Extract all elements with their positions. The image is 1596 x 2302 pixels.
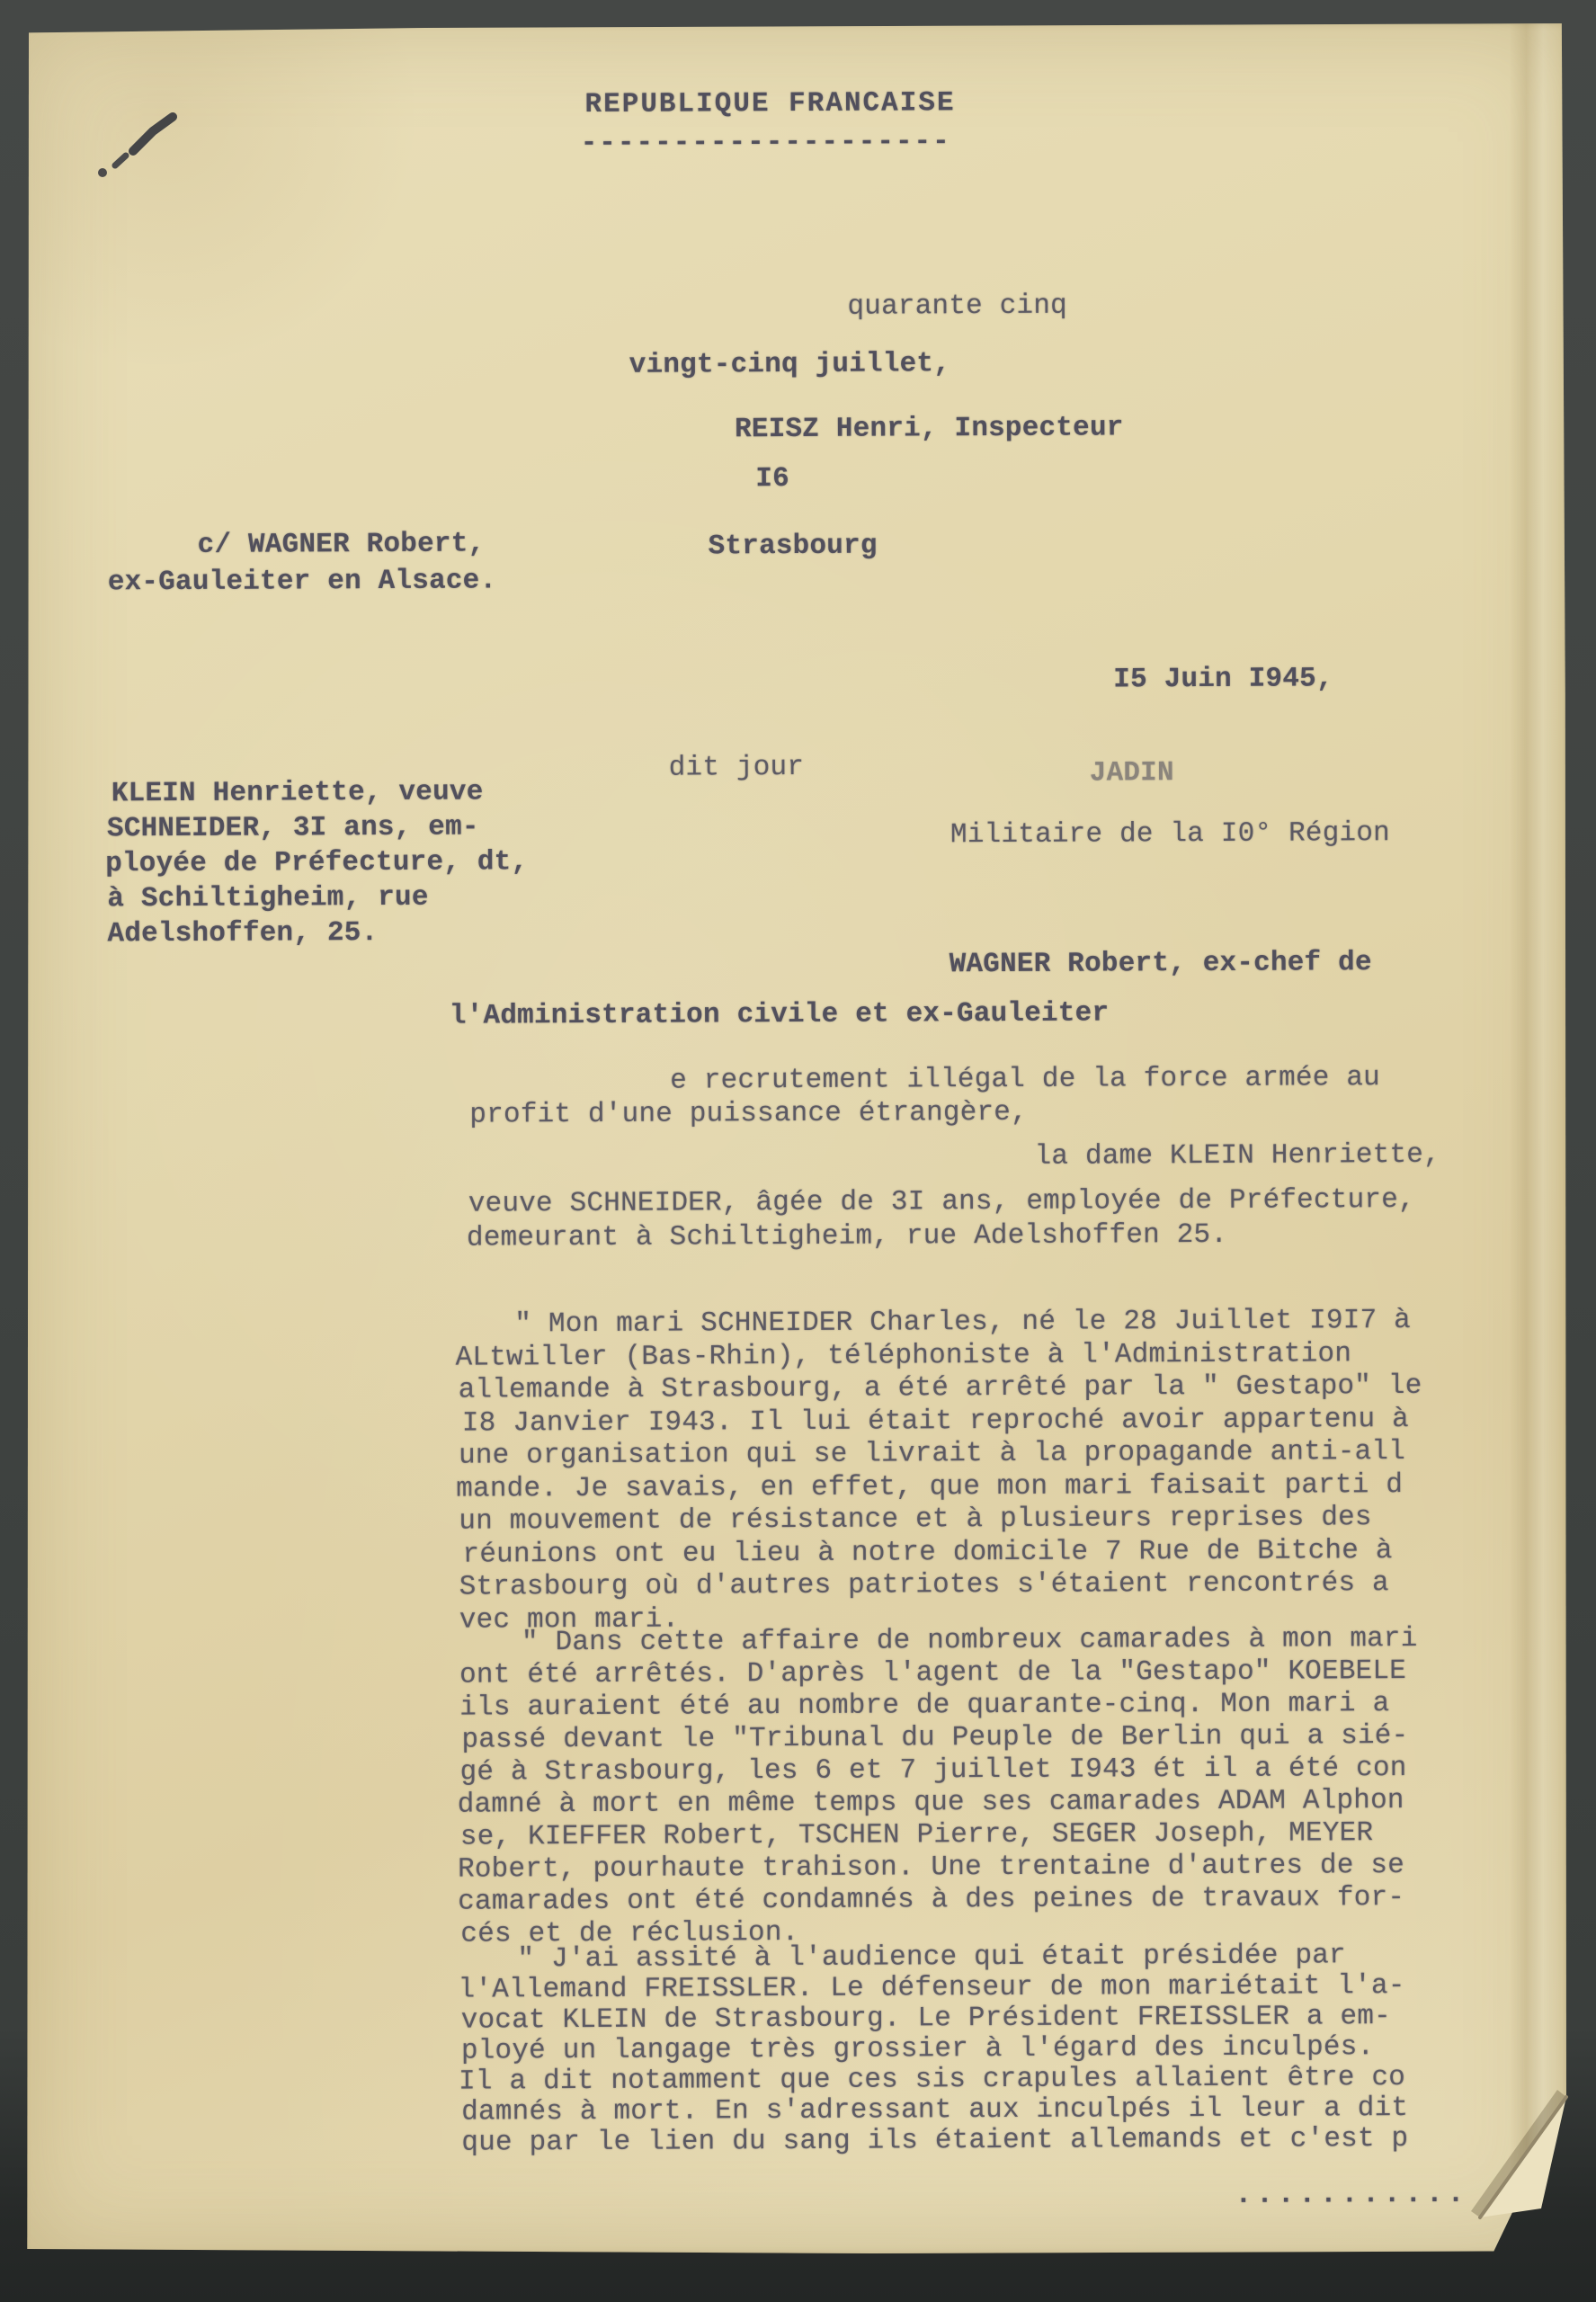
- charge-line: e recrutement illégal de la force armée …: [670, 1064, 1380, 1094]
- line-quarante-cinq: quarante cinq: [847, 292, 1067, 321]
- testimony-line: Il a dit notamment que ces sis crapules …: [459, 2064, 1405, 2096]
- charge-line: l'Administration civile et ex-Gauleiter: [450, 999, 1109, 1030]
- testimony-line: une organisation qui se livrait à la pro…: [459, 1438, 1405, 1470]
- testimony-line: mande. Je savais, en effet, que mon mari…: [456, 1471, 1403, 1503]
- continuation-dots: ...........: [1235, 2181, 1469, 2209]
- witness-line: KLEIN Henriette, veuve: [111, 779, 484, 808]
- testimony-line: ont été arrêtés. D'après l'agent de la "…: [459, 1657, 1406, 1690]
- testimony-line: réunions ont eu lieu à notre domicile 7 …: [462, 1537, 1392, 1569]
- testimony-line: " Dans cette affaire de nombreux camarad…: [522, 1625, 1418, 1656]
- testimony-line: I8 Janvier I943. Il lui était reproché a…: [462, 1405, 1409, 1438]
- line-dit-jour: dit jour: [669, 754, 805, 782]
- line-greffier: JADIN: [1090, 759, 1174, 787]
- witness-line: ployée de Préfecture, dt,: [105, 848, 528, 878]
- line-numero: I6: [755, 465, 789, 493]
- testimony-line: " J'ai assité à l'audience qui était pré…: [517, 1941, 1345, 1973]
- line-tribunal: Militaire de la I0° Région: [950, 819, 1390, 849]
- charge-line: veuve SCHNEIDER, âgée de 3I ans, employé…: [468, 1186, 1415, 1218]
- charge-line: la dame KLEIN Henriette,: [1035, 1141, 1440, 1171]
- defendant-name: c/ WAGNER Robert,: [198, 531, 486, 559]
- testimony-line: damnés à mort. En s'adressant aux inculp…: [461, 2094, 1408, 2127]
- defendant-title: ex-Gauleiter en Alsace.: [108, 567, 497, 596]
- testimony-line: Robert, pourhaute trahison. Une trentain…: [458, 1851, 1404, 1884]
- line-vingt-cinq-juillet: vingt-cinq juillet,: [629, 350, 950, 379]
- testimony-line: ils auraient été au nombre de quarante-c…: [459, 1690, 1389, 1722]
- testimony-line: se, KIEFFER Robert, TSCHEN Pierre, SEGER…: [460, 1819, 1374, 1851]
- testimony-line: ALtwiller (Bas-Rhin), téléphoniste à l'A…: [455, 1340, 1351, 1371]
- typed-text-layer: REPUBLIQUE FRANCAISE -------------------…: [0, 0, 1596, 2302]
- scan-background: REPUBLIQUE FRANCAISE -------------------…: [0, 0, 1596, 2302]
- testimony-line: damné à mort en même temps que ses camar…: [458, 1787, 1404, 1819]
- testimony-line: ployé un langage très grossier à l'égard…: [461, 2033, 1375, 2065]
- testimony-line: Strasbourg où d'autres patriotes s'étaie…: [459, 1569, 1389, 1602]
- testimony-line: que par le lien du sang ils étaient alle…: [461, 2125, 1408, 2157]
- line-date: I5 Juin I945,: [1113, 665, 1333, 693]
- line-city: Strasbourg: [709, 532, 878, 561]
- charge-line: profit d'une puissance étrangère,: [469, 1099, 1028, 1129]
- page-title: REPUBLIQUE FRANCAISE: [584, 89, 955, 119]
- testimony-line: " Mon mari SCHNEIDER Charles, né le 28 J…: [514, 1307, 1411, 1338]
- witness-line: SCHNEIDER, 3I ans, em-: [107, 814, 479, 843]
- line-inspecteur: REISZ Henri, Inspecteur: [735, 414, 1124, 443]
- testimony-line: camarades ont été condamnés à des peines…: [458, 1884, 1404, 1916]
- charge-line: WAGNER Robert, ex-chef de: [950, 949, 1372, 978]
- title-underline: --------------------: [581, 128, 951, 157]
- testimony-line: passé devant le "Tribunal du Peuple de B…: [461, 1722, 1408, 1754]
- witness-line: Adelshoffen, 25.: [107, 919, 378, 948]
- testimony-line: un mouvement de résistance et à plusieur…: [459, 1503, 1372, 1535]
- testimony-line: l'Allemand FREISSLER. Le défenseur de mo…: [459, 1972, 1405, 2004]
- testimony-line: allemande à Strasbourg, a été arrêté par…: [459, 1372, 1422, 1405]
- testimony-line: vocat KLEIN de Strasbourg. Le Président …: [461, 2003, 1391, 2035]
- testimony-line: gé à Strasbourg, les 6 et 7 juillet I943…: [460, 1754, 1407, 1787]
- witness-line: à Schiltigheim, rue: [107, 884, 428, 914]
- charge-line: demeurant à Schiltigheim, rue Adelshoffe…: [467, 1221, 1227, 1253]
